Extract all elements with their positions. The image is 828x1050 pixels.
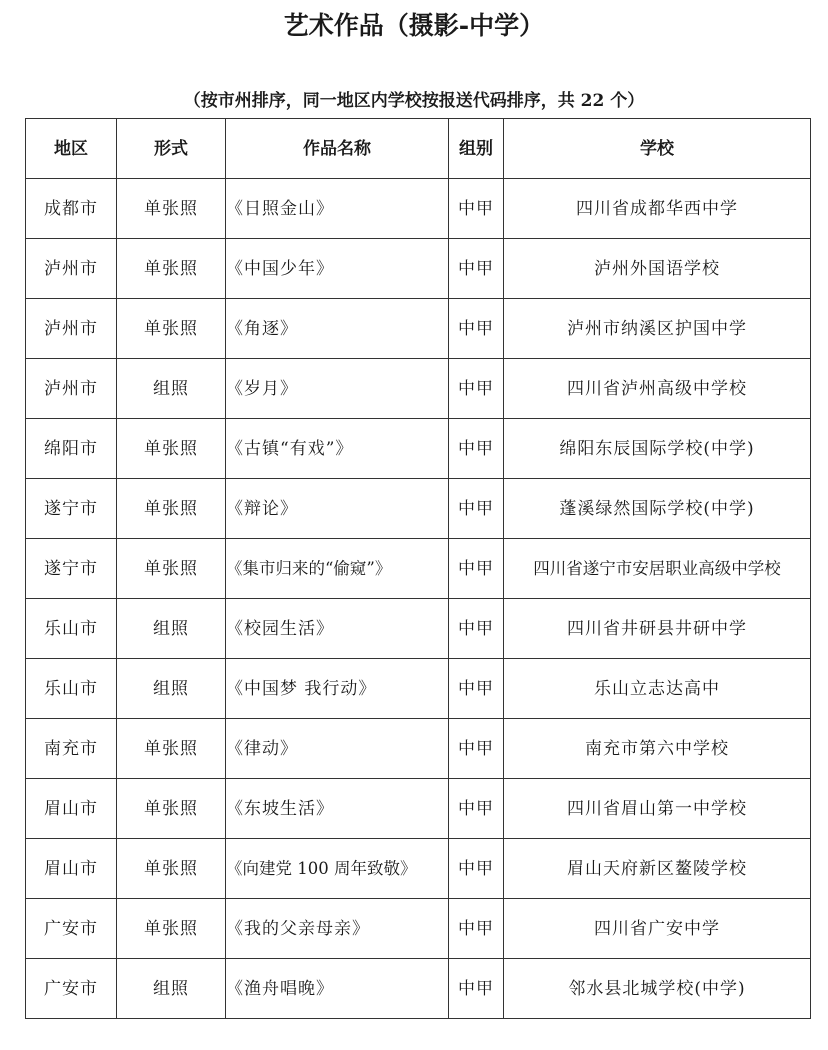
table-row: 广安市 组照 《渔舟唱晚》 中甲 邻水县北城学校(中学) (26, 959, 811, 1019)
header-title: 作品名称 (226, 119, 449, 179)
cell-title: 《律动》 (226, 719, 449, 779)
cell-group: 中甲 (449, 419, 504, 479)
cell-group: 中甲 (449, 779, 504, 839)
cell-school: 泸州市纳溪区护国中学 (504, 299, 811, 359)
table-row: 眉山市 单张照 《向建党 100 周年致敬》 中甲 眉山天府新区鳌陵学校 (26, 839, 811, 899)
cell-group: 中甲 (449, 479, 504, 539)
cell-form: 单张照 (117, 179, 226, 239)
cell-school: 乐山立志达高中 (504, 659, 811, 719)
table-row: 南充市 单张照 《律动》 中甲 南充市第六中学校 (26, 719, 811, 779)
cell-form: 组照 (117, 659, 226, 719)
cell-title: 《角逐》 (226, 299, 449, 359)
cell-form: 单张照 (117, 779, 226, 839)
cell-title: 《集市归来的“偷窥”》 (226, 539, 449, 599)
cell-region: 成都市 (26, 179, 117, 239)
cell-form: 组照 (117, 359, 226, 419)
cell-school: 四川省泸州高级中学校 (504, 359, 811, 419)
cell-group: 中甲 (449, 599, 504, 659)
cell-school: 邻水县北城学校(中学) (504, 959, 811, 1019)
cell-group: 中甲 (449, 539, 504, 599)
cell-title: 《渔舟唱晚》 (226, 959, 449, 1019)
cell-title: 《中国少年》 (226, 239, 449, 299)
cell-group: 中甲 (449, 899, 504, 959)
cell-group: 中甲 (449, 299, 504, 359)
cell-region: 遂宁市 (26, 479, 117, 539)
cell-form: 组照 (117, 599, 226, 659)
cell-school: 四川省眉山第一中学校 (504, 779, 811, 839)
cell-form: 单张照 (117, 299, 226, 359)
awards-table: 地区 形式 作品名称 组别 学校 成都市 单张照 《日照金山》 中甲 四川省成都… (25, 118, 811, 1019)
cell-title: 《岁月》 (226, 359, 449, 419)
cell-school: 眉山天府新区鳌陵学校 (504, 839, 811, 899)
cell-region: 眉山市 (26, 779, 117, 839)
table-header-row: 地区 形式 作品名称 组别 学校 (26, 119, 811, 179)
cell-title: 《古镇“有戏”》 (226, 419, 449, 479)
cell-group: 中甲 (449, 239, 504, 299)
cell-form: 单张照 (117, 419, 226, 479)
table-row: 成都市 单张照 《日照金山》 中甲 四川省成都华西中学 (26, 179, 811, 239)
cell-region: 泸州市 (26, 299, 117, 359)
cell-title: 《中国梦 我行动》 (226, 659, 449, 719)
cell-school: 四川省遂宁市安居职业高级中学校 (504, 539, 811, 599)
table-row: 遂宁市 单张照 《集市归来的“偷窥”》 中甲 四川省遂宁市安居职业高级中学校 (26, 539, 811, 599)
table-row: 泸州市 组照 《岁月》 中甲 四川省泸州高级中学校 (26, 359, 811, 419)
document-title: 艺术作品（摄影-中学） (0, 8, 828, 44)
header-school: 学校 (504, 119, 811, 179)
cell-title: 《东坡生活》 (226, 779, 449, 839)
cell-region: 泸州市 (26, 239, 117, 299)
cell-region: 广安市 (26, 959, 117, 1019)
cell-school: 四川省井研县井研中学 (504, 599, 811, 659)
cell-school: 四川省广安中学 (504, 899, 811, 959)
cell-form: 组照 (117, 959, 226, 1019)
cell-region: 南充市 (26, 719, 117, 779)
cell-title: 《日照金山》 (226, 179, 449, 239)
cell-group: 中甲 (449, 359, 504, 419)
cell-region: 遂宁市 (26, 539, 117, 599)
table-row: 眉山市 单张照 《东坡生活》 中甲 四川省眉山第一中学校 (26, 779, 811, 839)
header-region: 地区 (26, 119, 117, 179)
cell-title: 《向建党 100 周年致敬》 (226, 839, 449, 899)
cell-group: 中甲 (449, 839, 504, 899)
table-row: 泸州市 单张照 《中国少年》 中甲 泸州外国语学校 (26, 239, 811, 299)
cell-form: 单张照 (117, 479, 226, 539)
cell-form: 单张照 (117, 839, 226, 899)
cell-group: 中甲 (449, 719, 504, 779)
cell-region: 泸州市 (26, 359, 117, 419)
cell-group: 中甲 (449, 959, 504, 1019)
cell-group: 中甲 (449, 179, 504, 239)
cell-group: 中甲 (449, 659, 504, 719)
cell-school: 绵阳东辰国际学校(中学) (504, 419, 811, 479)
cell-title: 《我的父亲母亲》 (226, 899, 449, 959)
cell-school: 四川省成都华西中学 (504, 179, 811, 239)
cell-school: 泸州外国语学校 (504, 239, 811, 299)
cell-region: 眉山市 (26, 839, 117, 899)
table-row: 泸州市 单张照 《角逐》 中甲 泸州市纳溪区护国中学 (26, 299, 811, 359)
cell-form: 单张照 (117, 899, 226, 959)
table-row: 绵阳市 单张照 《古镇“有戏”》 中甲 绵阳东辰国际学校(中学) (26, 419, 811, 479)
cell-school: 南充市第六中学校 (504, 719, 811, 779)
document-subtitle: （按市州排序，同一地区内学校按报送代码排序，共 22 个） (0, 88, 828, 114)
cell-region: 乐山市 (26, 659, 117, 719)
table-row: 遂宁市 单张照 《辩论》 中甲 蓬溪绿然国际学校(中学) (26, 479, 811, 539)
cell-title: 《辩论》 (226, 479, 449, 539)
cell-form: 单张照 (117, 539, 226, 599)
header-group: 组别 (449, 119, 504, 179)
cell-form: 单张照 (117, 719, 226, 779)
cell-region: 绵阳市 (26, 419, 117, 479)
cell-school: 蓬溪绿然国际学校(中学) (504, 479, 811, 539)
cell-form: 单张照 (117, 239, 226, 299)
cell-region: 广安市 (26, 899, 117, 959)
table-row: 乐山市 组照 《校园生活》 中甲 四川省井研县井研中学 (26, 599, 811, 659)
table-row: 广安市 单张照 《我的父亲母亲》 中甲 四川省广安中学 (26, 899, 811, 959)
header-form: 形式 (117, 119, 226, 179)
table-row: 乐山市 组照 《中国梦 我行动》 中甲 乐山立志达高中 (26, 659, 811, 719)
cell-region: 乐山市 (26, 599, 117, 659)
cell-title: 《校园生活》 (226, 599, 449, 659)
